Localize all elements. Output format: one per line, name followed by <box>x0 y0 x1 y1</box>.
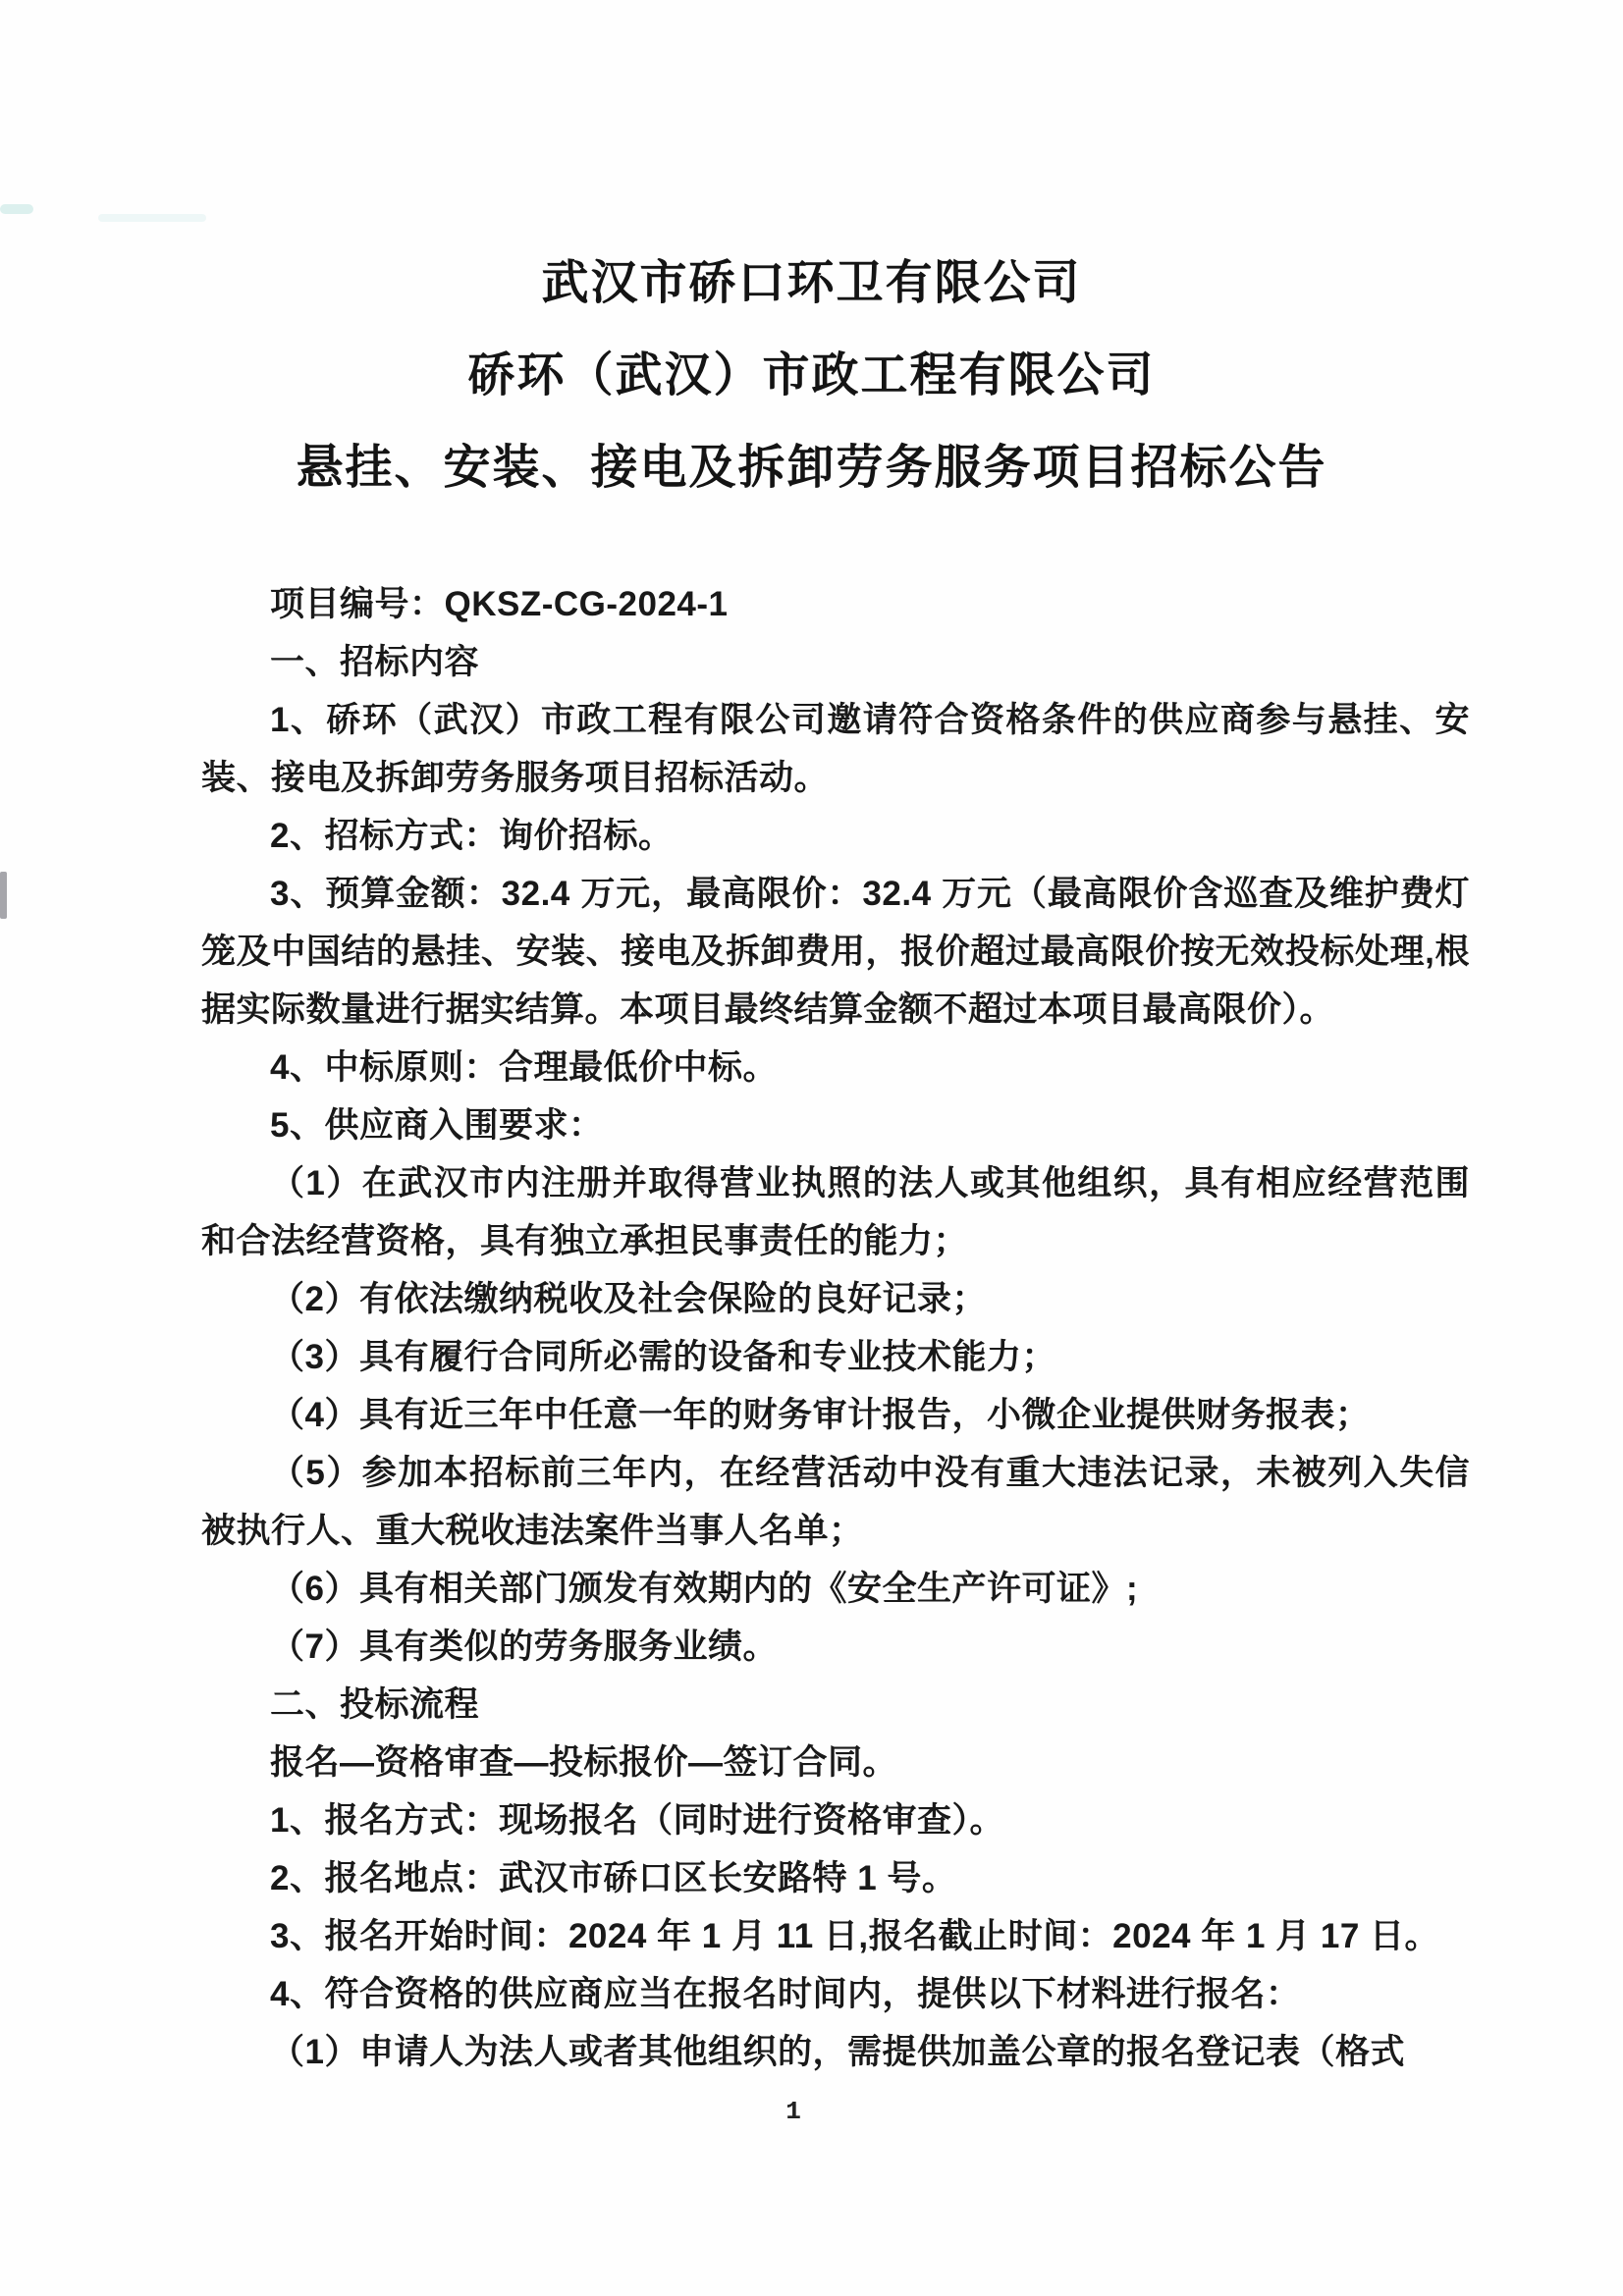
paragraph: 报名—资格审查—投标报价—签订合同。 <box>201 1734 1470 1791</box>
document-page: 武汉市硚口环卫有限公司 硚环（武汉）市政工程有限公司 悬挂、安装、接电及拆卸劳务… <box>0 0 1623 2296</box>
document-title-line-2: 硚环（武汉）市政工程有限公司 <box>0 330 1623 422</box>
paragraph: 1、报名方式：现场报名（同时进行资格审查）。 <box>201 1791 1470 1849</box>
paragraph: （2）有依法缴纳税收及社会保险的良好记录； <box>201 1270 1470 1328</box>
paragraph: （1）申请人为法人或者其他组织的，需提供加盖公章的报名登记表（格式 <box>201 2023 1470 2081</box>
paragraph: 4、符合资格的供应商应当在报名时间内，提供以下材料进行报名： <box>201 1965 1470 2023</box>
paragraph: （4）具有近三年中任意一年的财务审计报告，小微企业提供财务报表； <box>201 1386 1470 1444</box>
paragraph: 一、招标内容 <box>201 633 1470 691</box>
scan-artifact <box>0 872 7 919</box>
document-title-line-3: 悬挂、安装、接电及拆卸劳务服务项目招标公告 <box>0 422 1623 514</box>
paragraph: （6）具有相关部门颁发有效期内的《安全生产许可证》; <box>201 1560 1470 1618</box>
paragraph: 3、预算金额：32.4 万元，最高限价：32.4 万元（最高限价含巡查及维护费灯… <box>201 865 1470 1039</box>
paragraph: 1、硚环（武汉）市政工程有限公司邀请符合资格条件的供应商参与悬挂、安装、接电及拆… <box>201 691 1470 807</box>
paragraph: 4、中标原则：合理最低价中标。 <box>201 1039 1470 1096</box>
paragraph: 3、报名开始时间：2024 年 1 月 11 日,报名截止时间：2024 年 1… <box>201 1907 1470 1965</box>
paragraph: 5、供应商入围要求： <box>201 1096 1470 1154</box>
document-title-block: 武汉市硚口环卫有限公司 硚环（武汉）市政工程有限公司 悬挂、安装、接电及拆卸劳务… <box>0 0 1623 514</box>
page-number: 1 <box>0 2097 1587 2126</box>
paragraph: 二、投标流程 <box>201 1676 1470 1734</box>
paragraph: 项目编号：QKSZ-CG-2024-1 <box>201 575 1470 633</box>
paragraph: （7）具有类似的劳务服务业绩。 <box>201 1618 1470 1676</box>
document-title-line-1: 武汉市硚口环卫有限公司 <box>0 238 1623 330</box>
paragraph: 2、报名地点：武汉市硚口区长安路特 1 号。 <box>201 1849 1470 1907</box>
paragraph: （5）参加本招标前三年内，在经营活动中没有重大违法记录，未被列入失信被执行人、重… <box>201 1444 1470 1560</box>
document-body: 项目编号：QKSZ-CG-2024-1一、招标内容1、硚环（武汉）市政工程有限公… <box>201 575 1470 2081</box>
paragraph: 2、招标方式：询价招标。 <box>201 807 1470 865</box>
paragraph: （3）具有履行合同所必需的设备和专业技术能力； <box>201 1328 1470 1386</box>
paragraph: （1）在武汉市内注册并取得营业执照的法人或其他组织，具有相应经营范围和合法经营资… <box>201 1154 1470 1270</box>
